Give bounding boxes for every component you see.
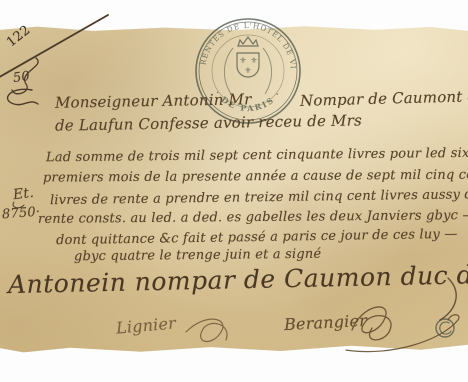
scanned-document-page: ⚜ ⚜ ⚜ ✶ DES RENTES DE L'HOTEL DE VILLE ✶… — [0, 0, 468, 382]
secondary-number: 50 — [12, 69, 31, 86]
stamp-branch-right — [263, 48, 272, 94]
stamp-fleur-right-icon: ⚜ — [250, 56, 257, 65]
hotel-de-ville-ink-stamp: ⚜ ⚜ ⚜ ✶ DES RENTES DE L'HOTEL DE VILLE ✶… — [193, 16, 303, 126]
stamp-fleur-left-icon: ⚜ — [239, 56, 246, 65]
stamp-branch-left — [224, 48, 233, 94]
margin-amount: 8750· — [2, 205, 41, 223]
margin-mark: Et. — [12, 185, 35, 203]
body-line-2: premiers mois de la presente année a cau… — [43, 167, 468, 185]
body-line-6: gbyc quatre le trenge juin et a signé — [74, 247, 322, 265]
header-line-left: Monseigneur Antonin Mr — [55, 90, 252, 111]
stamp-crown — [238, 37, 258, 46]
stamp-fleur-bottom-icon: ⚜ — [244, 66, 251, 75]
